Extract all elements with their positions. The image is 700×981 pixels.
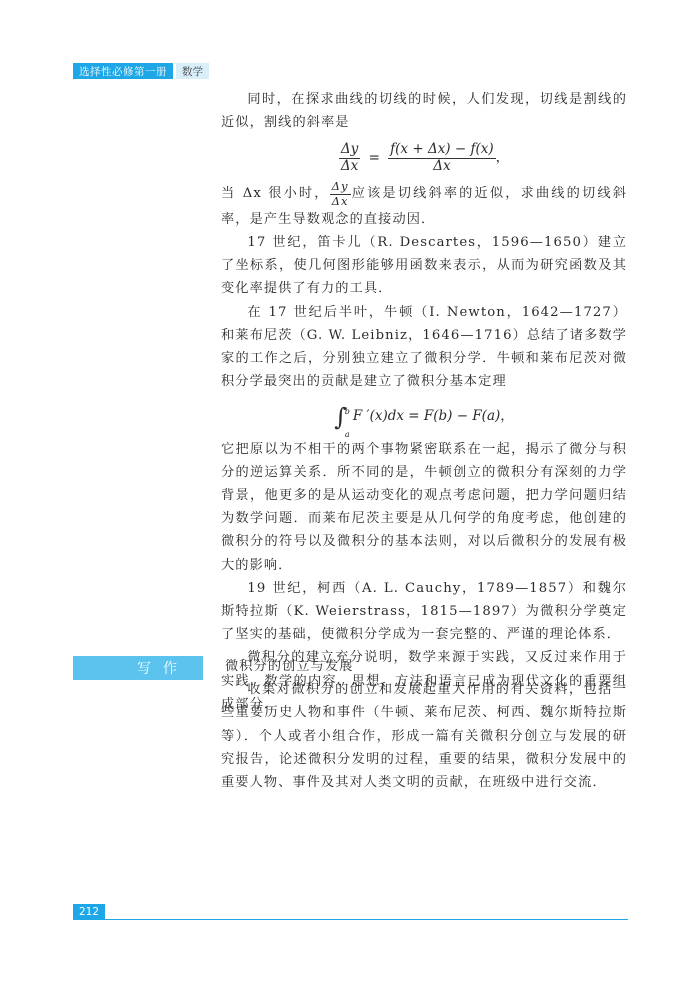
paragraph-descartes: 17 世纪，笛卡儿（R. Descartes，1596—1650）建立了坐标系，… <box>221 231 627 301</box>
integral-sign-icon: ∫ <box>334 405 347 429</box>
difference-quotient-formula: Δy Δx = f(x + Δx) − f(x) Δx ， <box>221 142 627 174</box>
fundamental-theorem-formula: ∫ b a F ′(x)dx = F(b) − F(a)， <box>221 400 627 434</box>
paragraph-cauchy-weierstrass: 19 世纪，柯西（A. L. Cauchy，1789—1857）和魏尔斯特拉斯（… <box>221 577 627 647</box>
page-footer: 212 <box>73 904 628 920</box>
writing-section-title: 微积分的创立与发展 <box>221 655 627 678</box>
formula-rhs-fraction: f(x + Δx) − f(x) Δx <box>388 142 495 174</box>
integral-expression: ∫ b a F ′(x)dx = F(b) − F(a)， <box>334 400 514 434</box>
paragraph-newton-leibniz: 在 17 世纪后半叶，牛顿（I. Newton，1642—1727）和莱布尼茨（… <box>221 301 627 394</box>
paragraph-secant: 同时，在探求曲线的切线的时候，人们发现，切线是割线的近似，割线的斜率是 <box>221 88 627 134</box>
book-title-tag: 选择性必修第一册 <box>73 63 173 79</box>
main-text-block: 同时，在探求曲线的切线的时候，人们发现，切线是割线的近似，割线的斜率是 Δy Δ… <box>221 88 627 716</box>
footer-rule <box>105 919 628 920</box>
subject-tag: 数学 <box>176 63 209 79</box>
page-number: 212 <box>73 904 105 920</box>
writing-section-text: 收集对微积分的创立和发展起重大作用的有关资料，包括一些重要历史人物和事件（牛顿、… <box>221 678 627 794</box>
writing-section-label: 写作 <box>73 656 203 680</box>
formula-lhs-fraction: Δy Δx <box>339 142 360 174</box>
inline-fraction: ΔyΔx <box>330 180 351 207</box>
paragraph-derivative-motivation: 当 Δx 很小时，ΔyΔx应该是切线斜率的近似，求曲线的切线斜率，是产生导数观念… <box>221 180 627 231</box>
writing-section-block: 微积分的创立与发展 收集对微积分的创立和发展起重大作用的有关资料，包括一些重要历… <box>221 655 627 794</box>
running-header: 选择性必修第一册 数学 <box>73 63 209 79</box>
paragraph-inverse-operations: 它把原以为不相干的两个事物紧密联系在一起，揭示了微分与积分的逆运算关系．所不同的… <box>221 438 627 577</box>
